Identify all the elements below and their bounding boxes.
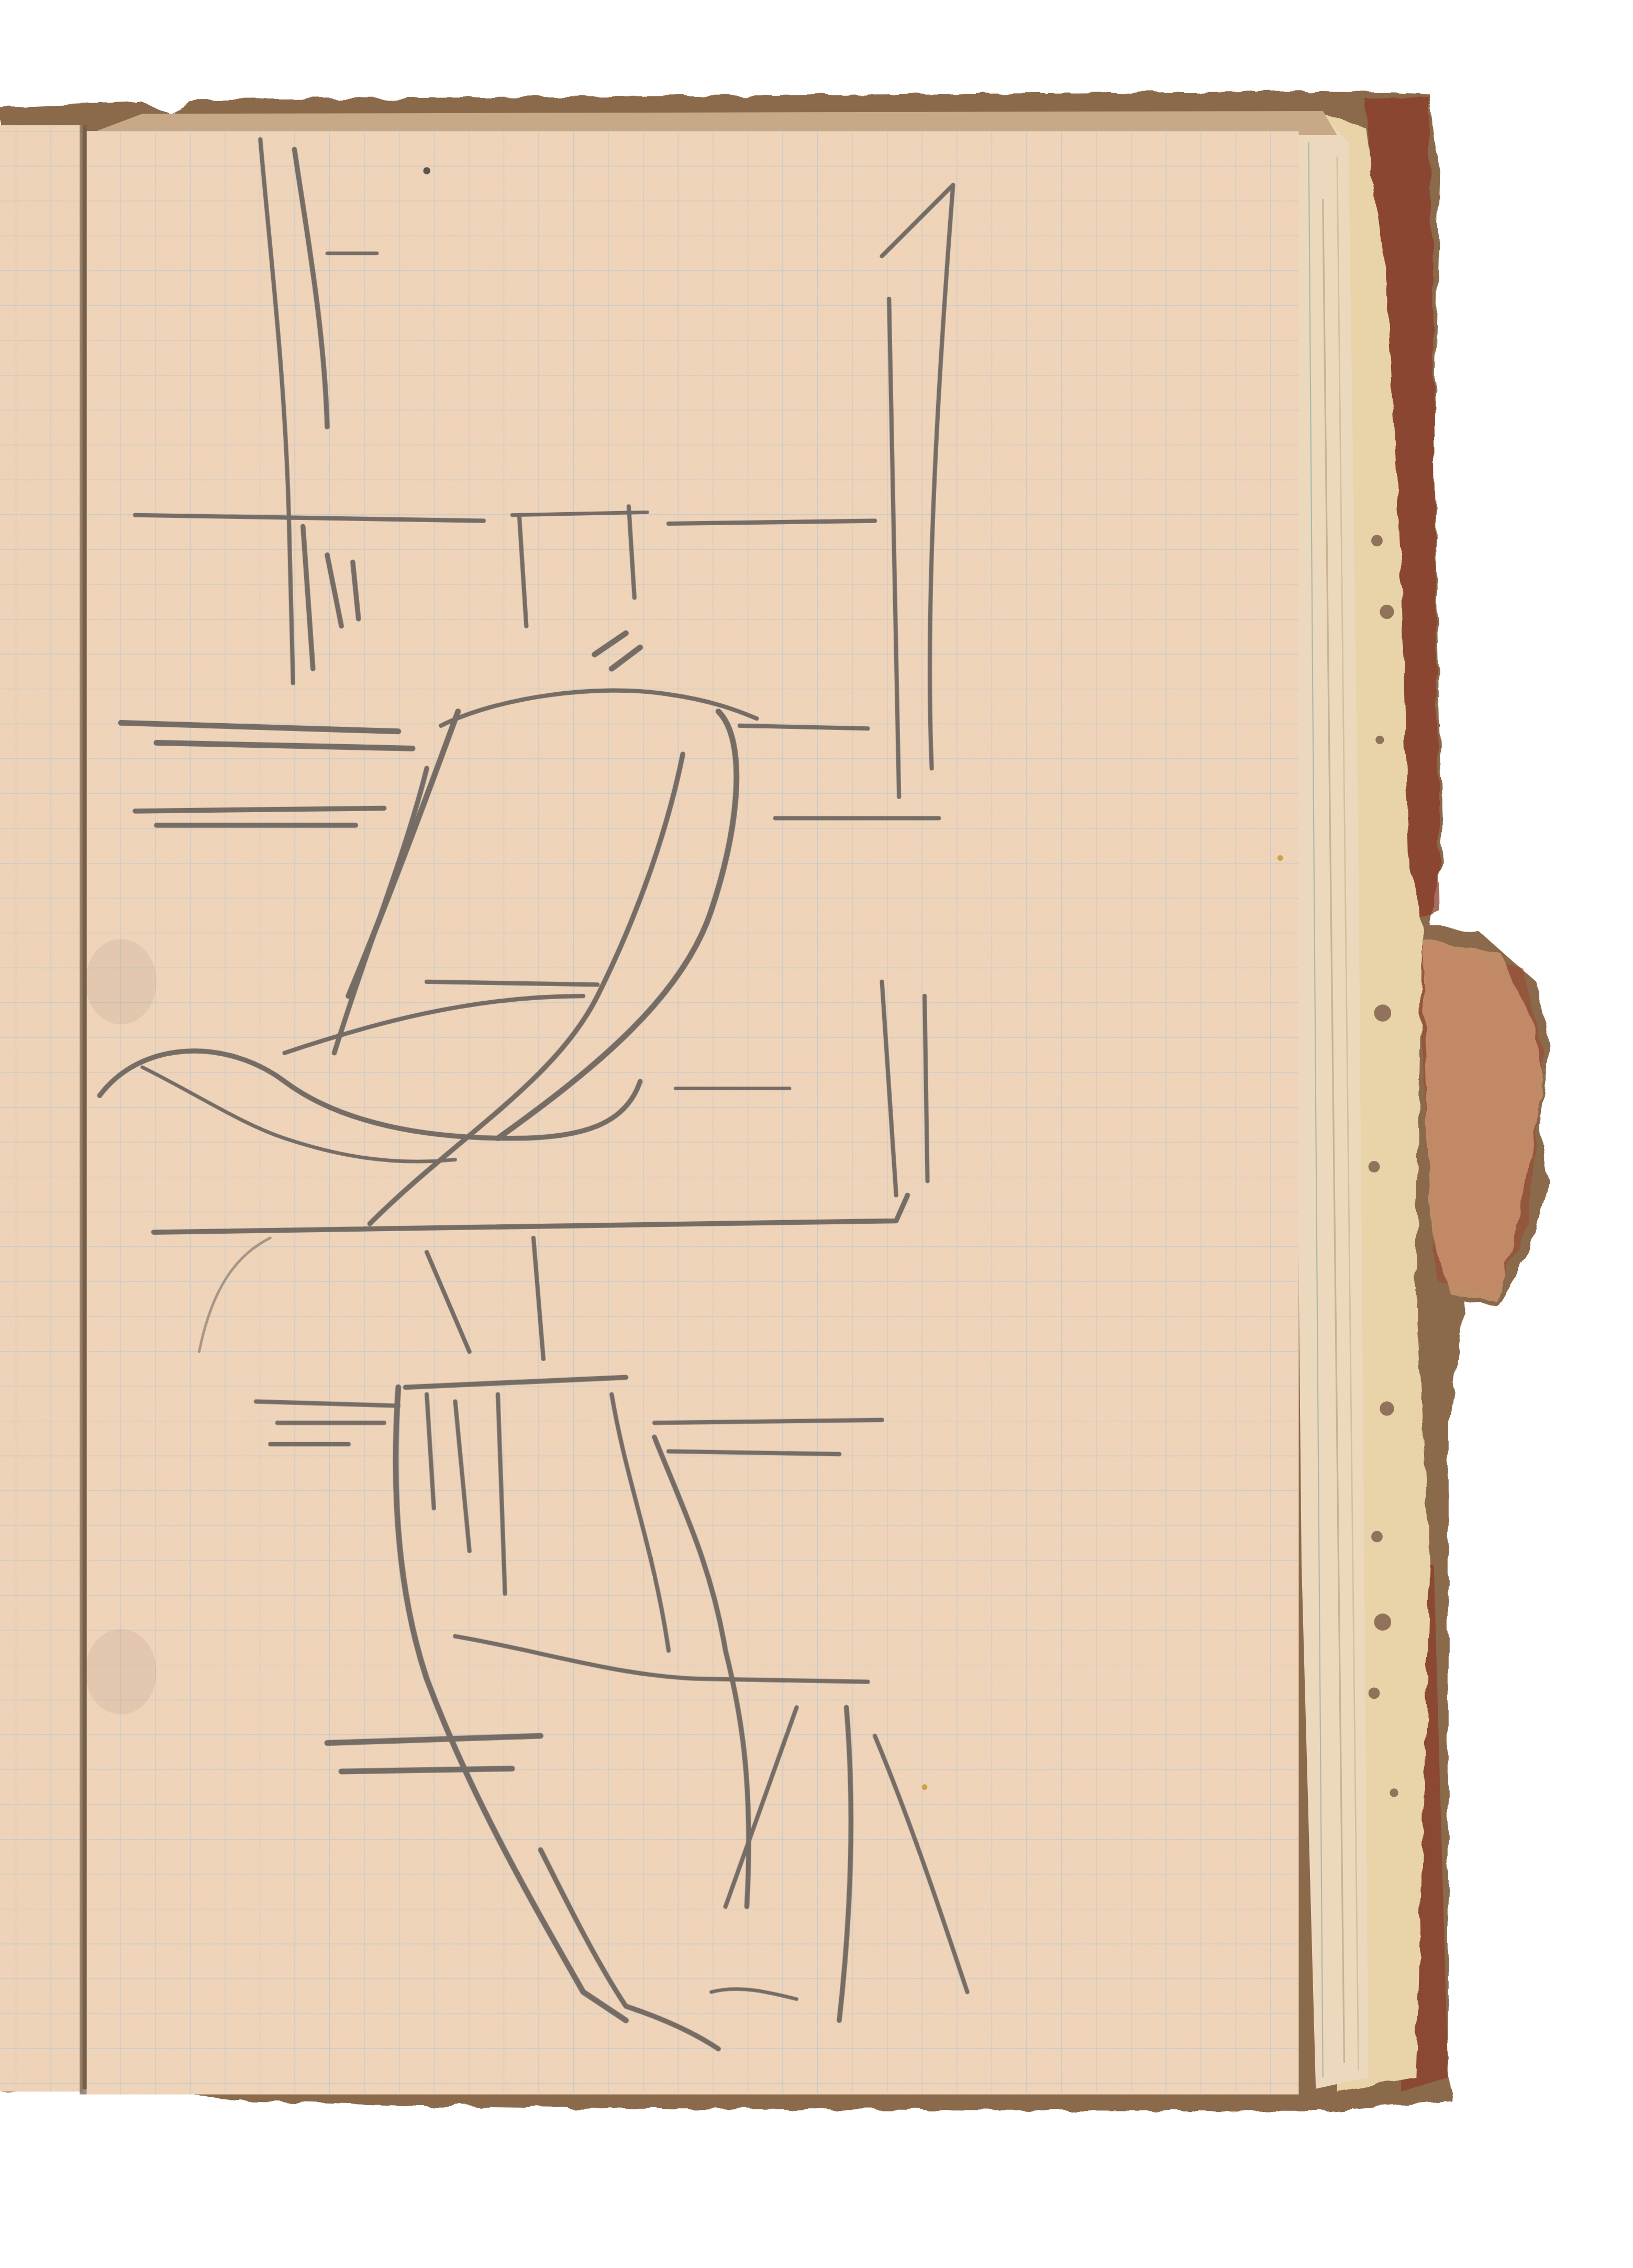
right-page bbox=[85, 131, 1299, 2095]
left-page bbox=[0, 125, 83, 2092]
ochre-spot bbox=[1277, 855, 1283, 861]
sketchbook-illustration bbox=[0, 0, 1633, 2268]
sketchbook-photo bbox=[0, 0, 1633, 2268]
spine-gutter bbox=[80, 125, 87, 2094]
ochre-spot bbox=[922, 1784, 928, 1790]
pencil-dot bbox=[423, 167, 430, 174]
